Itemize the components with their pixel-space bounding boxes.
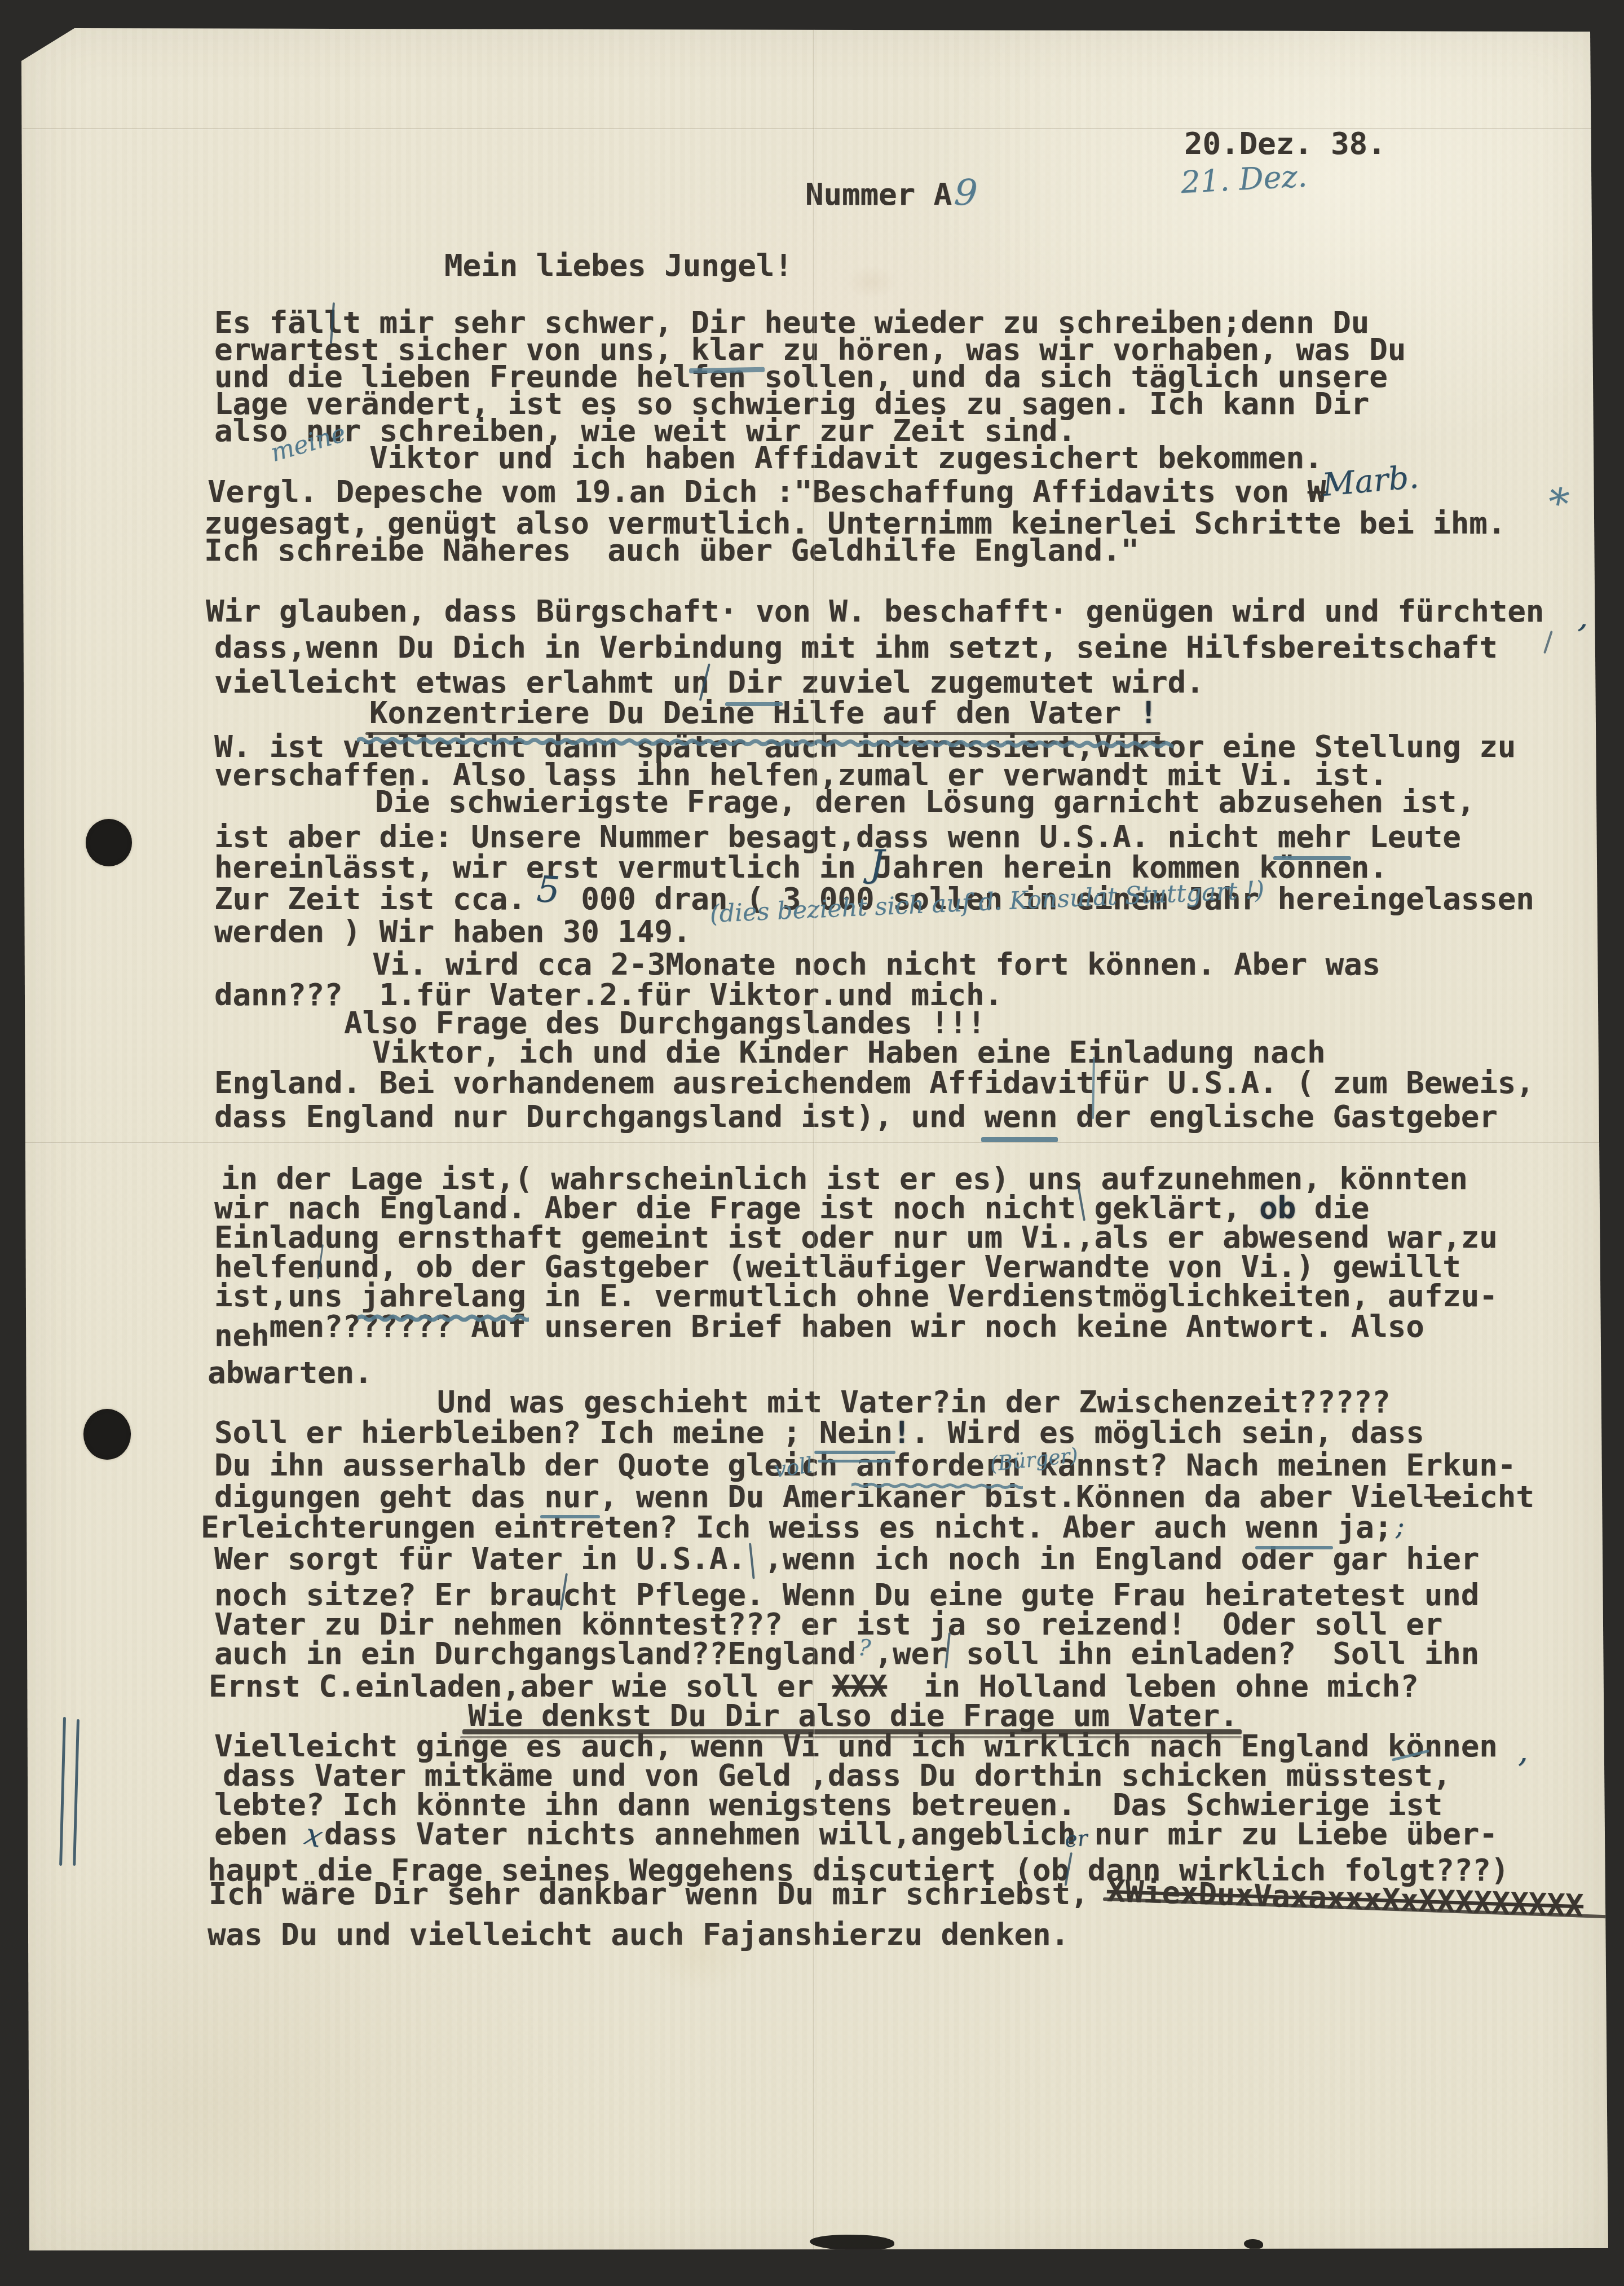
ink-underline-dir	[725, 702, 783, 706]
typed-line: Und was geschieht mit Vater?in der Zwisc…	[437, 1387, 1391, 1417]
typed-segment: neh	[214, 1320, 270, 1351]
fold-crease	[813, 29, 815, 2249]
typed-line: Ich schreibe Näheres auch über Geldhilfe…	[204, 535, 1139, 566]
typed-line: helfenund, ob der Gastgeber (weitläufige…	[214, 1252, 1461, 1282]
typed-line: England. Bei vorhandenem ausreichendem A…	[214, 1068, 1534, 1098]
hand-asterisk: *	[1544, 478, 1572, 528]
typed-line: Viktor, ich und die Kinder Haben eine Ei…	[372, 1037, 1326, 1068]
ink-underline-wenn1	[981, 1137, 1058, 1142]
typed-line: lebte? Ich könnte ihn dann wenigstens be…	[214, 1790, 1442, 1820]
typed-segment: Vergl. Depesche vom 19.an Dich :"Beschaf…	[208, 474, 1308, 509]
typed-line: Vergl. Depesche vom 19.an Dich :"Beschaf…	[208, 477, 1326, 507]
letter-paper: 20.Dez. 38. Nummer A Mein liebes Jungel!…	[0, 0, 1624, 2286]
typed-segment: le	[1424, 1479, 1461, 1514]
typed-line: vielleicht etwas erlahmt un Dir zuviel z…	[214, 667, 1204, 698]
typed-line: eben dass Vater nichts annehmen will,ang…	[214, 1819, 1498, 1849]
ink-underline-mehr	[1273, 856, 1351, 860]
ink-margin-line-1	[59, 1717, 66, 1866]
ink-margin-line-2	[73, 1719, 80, 1866]
typed-underline-konzentriere	[365, 732, 1160, 735]
edge-tear	[810, 2235, 894, 2250]
hand-five: 5	[536, 869, 561, 911]
salutation: Mein liebes Jungel!	[444, 250, 793, 281]
ink-tick-hilfsbereitschaft	[1543, 631, 1553, 654]
typed-segment: Soll er hierbleiben? Ich meine ; Nein	[214, 1415, 893, 1450]
typed-line: dass Vater mitkäme und von Geld ,dass Du…	[223, 1760, 1451, 1791]
typed-line: Vater zu Dir nehmen könntest??? er ist j…	[214, 1609, 1442, 1640]
hand-semicolon-ja: ;	[1396, 1510, 1405, 1541]
typed-line: Die schwierigste Frage, deren Lösung gar…	[375, 787, 1475, 817]
typed-line: werden ) Wir haben 30 149.	[214, 917, 691, 947]
edge-tear	[1244, 2239, 1263, 2249]
paper-stain	[846, 265, 897, 299]
typed-line: in der Lage ist,( wahrscheinlich ist er …	[221, 1164, 1468, 1194]
hand-comma-koennen: ,	[1518, 1733, 1528, 1769]
typed-line: dass,wenn Du Dich in Verbindung mit ihm …	[214, 632, 1498, 663]
typed-line: dass England nur Durchgangsland ist), un…	[214, 1102, 1498, 1132]
typed-line: was Du und vielleicht auch Fajanshierzu …	[208, 1919, 1069, 1950]
ink-underline-nur	[540, 1515, 600, 1518]
typed-line: Wir glauben, dass Bürgschaft· von W. bes…	[206, 596, 1544, 627]
hand-comma-fuerchten: ,	[1577, 598, 1592, 636]
typed-line: abwarten.	[208, 1358, 373, 1388]
wavy-underline	[358, 1314, 529, 1322]
typed-line: Du ihn ausserhalb der Quote gleich anfor…	[214, 1450, 1516, 1481]
ink-underline-nein-1	[814, 1451, 895, 1454]
hand-jahren-ink: J	[870, 842, 884, 885]
fold-crease	[23, 1142, 1601, 1144]
typed-underline-wie-denkst-2	[460, 1736, 1242, 1738]
typed-line: ist,uns jahrelang in E. vermutlich ohne …	[214, 1281, 1498, 1311]
typed-line: wir nach England. Aber die Frage ist noc…	[214, 1193, 1369, 1223]
typed-segment: !	[893, 1415, 911, 1450]
typed-line: Ich wäre Dir sehr dankbar wenn Du mir sc…	[209, 1879, 1583, 1909]
date-typed: 20.Dez. 38.	[1184, 129, 1386, 159]
typed-line: auch in ein Durchgangsland??England ,wer…	[214, 1638, 1479, 1669]
ink-wavy-jahrelang	[358, 1314, 529, 1322]
scanned-letter: 20.Dez. 38. Nummer A Mein liebes Jungel!…	[0, 0, 1624, 2286]
hand-marb: Marb.	[1321, 459, 1420, 504]
typed-line: Einladung ernsthaft gemeint ist oder nur…	[214, 1222, 1498, 1253]
hand-date: 21. Dez.	[1180, 158, 1308, 200]
punch-hole	[83, 1409, 131, 1460]
hand-number-nine: 9	[953, 171, 979, 215]
typed-line: Wie denkst Du Dir also die Frage um Vate…	[468, 1701, 1238, 1731]
typed-segment: !	[1139, 695, 1158, 730]
typed-underline-wie-denkst-1	[462, 1729, 1242, 1734]
ink-underline-wenn2	[1255, 1546, 1333, 1549]
typed-segment: Ich wäre Dir sehr dankbar wenn Du mir sc…	[209, 1876, 1107, 1911]
fold-crease	[23, 128, 1601, 130]
typed-segment: icht	[1461, 1479, 1534, 1514]
ink-underline-nein-2	[818, 1460, 891, 1463]
typed-line: Viktor und ich haben Affidavit zugesiche…	[369, 443, 1323, 473]
typed-line: Erleichterungen eintreten? Ich weiss es …	[201, 1512, 1392, 1543]
typed-line: noch sitze? Er braucht Pflege. Wenn Du e…	[214, 1580, 1479, 1610]
punch-hole	[86, 819, 132, 866]
typed-line: Soll er hierbleiben? Ich meine ; Nein!. …	[214, 1417, 1424, 1448]
typed-line: Also Frage des Durchgangslandes !!!	[344, 1008, 986, 1038]
hand-er: er	[1063, 1826, 1088, 1852]
typed-line: ist aber die: Unsere Nummer besagt,dass …	[214, 822, 1461, 852]
typed-line: Vi. wird cca 2-3Monate noch nicht fort k…	[372, 949, 1380, 980]
number-label: Nummer A	[805, 179, 952, 210]
typed-segment: Konzentriere Du Deine Hilfe auf den Vate…	[369, 695, 1139, 730]
typed-segment: . Wird es möglich sein, dass	[911, 1415, 1424, 1450]
